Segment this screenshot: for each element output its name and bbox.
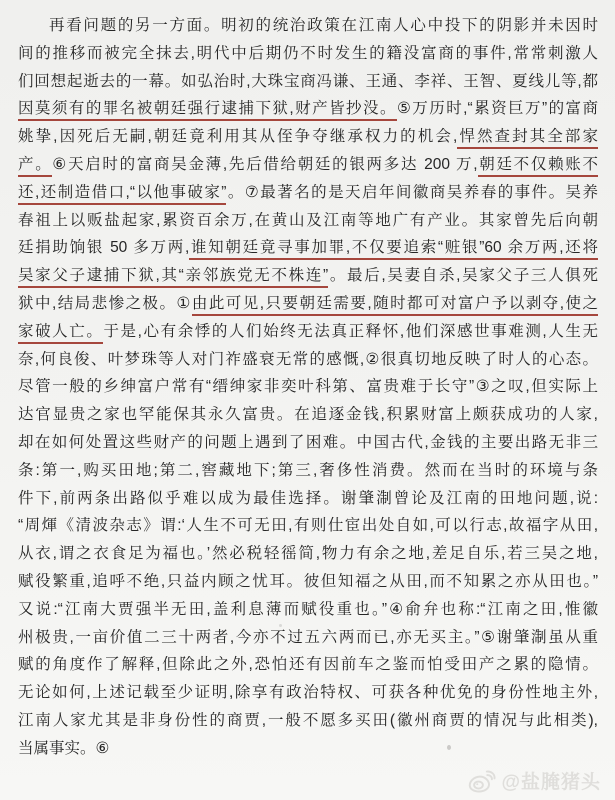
text-segment: 件下,前两条出路似乎难以成为最佳选择。谢肇淛曾论及江南的田地问题,说: (18, 490, 598, 507)
watermark-handle: @盐腌猪头 (501, 767, 601, 794)
text-line: “周煇《清波杂志》谓:‘人生不可无田,有则仕宦出处自如,可以行志,故福字从田, (18, 512, 598, 540)
text-segment: 达官显贵之家也罕能保其永久富贵。在追逐金钱,积累财富上颇获成功的人家, (18, 406, 598, 423)
text-line: 奈,何良俊、叶梦珠等人对门祚盛衰无常的感慨,②很真切地反映了时人的心态。 (18, 346, 598, 374)
text-segment: 廷捐助饷银 50 多万两, (18, 239, 189, 256)
text-line: 因莫须有的罪名被朝廷强行逮捕下狱,财产皆抄没。⑤万历时,“累资巨万”的富商 (18, 95, 598, 123)
red-underlined-text: 悍然查封其全部家 (457, 128, 598, 149)
text-segment: 赋役繁重,追呼不绝,只益内顾之忧耳。彼但知福之从田,而不知累之亦从田也。” (18, 573, 598, 590)
red-underlined-text: 产。 (18, 156, 52, 177)
text-segment: 于是,心有余悸的人们始终无法真正释怀,他们深感世事难测,人生无 (103, 323, 598, 340)
document-text: 再看问题的另一方面。明初的统治政策在江南人心中投下的阴影并未因时间的推移而被完全… (18, 12, 598, 763)
red-underlined-text: 朝廷不仅赖账不 (478, 156, 598, 177)
text-line: 件下,前两条出路似乎难以成为最佳选择。谢肇淛曾论及江南的田地问题,说: (18, 485, 598, 513)
text-segment: 州极贵,一亩价值二三十两者,今亦不过五六两而已,亦无买主。”⑤谢肇淛虽从重 (18, 629, 598, 646)
text-line: 却在如何处置这些财产的问题上遇到了困难。中国古代,金钱的主要出路无非三 (18, 429, 598, 457)
text-segment: 从衣,谓之衣食足为福也。’然必税轻徭简,物力有余之地,差足自乐,若三吴之地, (18, 545, 598, 562)
text-segment: 姚挚,因死后无嗣,朝廷竟利用其从侄争夺继承权力的机会, (18, 128, 457, 145)
text-line: 春祖上以贩盐起家,累资百余万,在黄山及江南等地广有产业。其家曾先后向朝 (18, 207, 598, 235)
text-segment: 春祖上以贩盐起家,累资百余万,在黄山及江南等地广有产业。其家曾先后向朝 (18, 212, 598, 229)
text-line: 狱中,结局悲惨之极。①由此可见,只要朝廷需要,随时都可对富户予以剥夺,使之 (18, 290, 598, 318)
text-segment: 当属事实。⑥ (18, 740, 109, 757)
text-line: 产。⑥天启时的富商吴金薄,先后借给朝廷的银两多达 200 万,朝廷不仅赖账不 (18, 151, 598, 179)
text-segment: 尽管一般的乡绅富户常有“缙绅家非奕叶科第、富贵难于长守”③之叹,但实际上 (18, 378, 598, 395)
text-segment: 。最后,吴妻自杀,吴家父子三人俱死 (328, 267, 598, 284)
text-segment: 间的推移而被完全抹去,明代中后期仍不时发生的籍没富商的事件,常常刺激人 (18, 45, 598, 62)
text-line: 家破人亡。于是,心有余悸的人们始终无法真正释怀,他们深感世事难测,人生无 (18, 318, 598, 346)
text-segment: 江南人家尤其是非身份性的商贾,一般不愿多买田(徽州商贾的情况与此相类), (18, 712, 598, 729)
text-line: 再看问题的另一方面。明初的统治政策在江南人心中投下的阴影并未因时 (18, 12, 598, 40)
text-segment: 赋的角度作了解释,但除此之外,恐怕还有因前车之鉴而怕受田产之累的隐情。 (18, 656, 598, 673)
text-segment: 狱中,结局悲惨之极。① (18, 295, 192, 312)
text-segment: 再看问题的另一方面。明初的统治政策在江南人心中投下的阴影并未因时 (49, 17, 598, 34)
text-segment: 条:第一,购买田地;第二,窖藏地下;第三,奢侈性消费。然而在当时的环境与条 (18, 462, 598, 479)
text-line: 无论如何,上述记载至少证明,除享有政治特权、可获各种优免的身份性地主外, (18, 679, 598, 707)
red-underlined-text: 由此可见,只要朝廷需要,随时都可对富户予以剥夺,使之 (192, 295, 598, 316)
text-segment: 。⑦最著名的是天启年间徽商吴养春的事件。吴养 (226, 184, 598, 201)
text-line: 们回想起逝去的一幕。如弘治时,大珠宝商冯谦、王通、李祥、王智、夏线儿等,都 (18, 68, 598, 96)
red-underlined-text: 家破人亡。 (18, 323, 103, 344)
text-segment: 们回想起逝去的一幕。如弘治时,大珠宝商冯谦、王通、李祥、王智、夏线儿等,都 (18, 73, 598, 90)
text-line: 州极贵,一亩价值二三十两者,今亦不过五六两而已,亦无买主。”⑤谢肇淛虽从重 (18, 624, 598, 652)
watermark: @盐腌猪头 (468, 767, 601, 794)
scan-speck (584, 333, 587, 336)
text-segment: ⑥天启时的富商吴金薄,先后借给朝廷的银两多达 200 万, (52, 156, 477, 173)
text-segment: 奈,何良俊、叶梦珠等人对门祚盛衰无常的感慨,②很真切地反映了时人的心态。 (18, 351, 598, 368)
text-line: 间的推移而被完全抹去,明代中后期仍不时发生的籍没富商的事件,常常刺激人 (18, 40, 598, 68)
red-underlined-text: 吴家父子逮捕下狱,其“亲邻族党无不株连” (18, 267, 328, 288)
text-line: 还,还制造借口,“以他事破家”。⑦最著名的是天启年间徽商吴养春的事件。吴养 (18, 179, 598, 207)
scan-speck (447, 745, 451, 750)
text-line: 达官显贵之家也罕能保其永久富贵。在追逐金钱,积累财富上颇获成功的人家, (18, 401, 598, 429)
text-segment: “周煇《清波杂志》谓:‘人生不可无田,有则仕宦出处自如,可以行志,故福字从田, (18, 517, 598, 534)
text-line: 又说:“江南大贾强半无田,盖利息薄而赋役重也。”④俞弁也称:“江南之田,惟徽 (18, 596, 598, 624)
text-line: 姚挚,因死后无嗣,朝廷竟利用其从侄争夺继承权力的机会,悍然查封其全部家 (18, 123, 598, 151)
text-line: 当属事实。⑥ (18, 735, 598, 763)
text-line: 吴家父子逮捕下狱,其“亲邻族党无不株连”。最后,吴妻自杀,吴家父子三人俱死 (18, 262, 598, 290)
text-segment: 却在如何处置这些财产的问题上遇到了困难。中国古代,金钱的主要出路无非三 (18, 434, 598, 451)
scan-speck (279, 624, 282, 627)
text-segment: 无论如何,上述记载至少证明,除享有政治特权、可获各种优免的身份性地主外, (18, 684, 598, 701)
text-segment: 又说:“江南大贾强半无田,盖利息薄而赋役重也。”④俞弁也称:“江南之田,惟徽 (18, 601, 598, 618)
scanned-book-page: 再看问题的另一方面。明初的统治政策在江南人心中投下的阴影并未因时间的推移而被完全… (0, 0, 615, 800)
text-line: 尽管一般的乡绅富户常有“缙绅家非奕叶科第、富贵难于长守”③之叹,但实际上 (18, 373, 598, 401)
text-line: 廷捐助饷银 50 多万两,谁知朝廷竟寻事加罪,不仅要追索“赃银”60 余万两,还… (18, 234, 598, 262)
text-line: 赋役繁重,追呼不绝,只益内顾之忧耳。彼但知福之从田,而不知累之亦从田也。” (18, 568, 598, 596)
text-line: 江南人家尤其是非身份性的商贾,一般不愿多买田(徽州商贾的情况与此相类), (18, 707, 598, 735)
red-underlined-text: 因莫须有的罪名被朝廷强行逮捕下狱,财产皆抄没。 (18, 100, 397, 121)
text-line: 从衣,谓之衣食足为福也。’然必税轻徭简,物力有余之地,差足自乐,若三吴之地, (18, 540, 598, 568)
text-segment: ⑤万历时,“累资巨万”的富商 (397, 100, 598, 117)
red-underlined-text: 还,还制造借口,“以他事破家” (18, 184, 226, 205)
red-underlined-text: 谁知朝廷竟寻事加罪,不仅要追索“赃银”60 余万两,还将 (189, 239, 598, 260)
text-line: 条:第一,购买田地;第二,窖藏地下;第三,奢侈性消费。然而在当时的环境与条 (18, 457, 598, 485)
weibo-logo-icon (468, 768, 496, 794)
text-line: 赋的角度作了解释,但除此之外,恐怕还有因前车之鉴而怕受田产之累的隐情。 (18, 651, 598, 679)
